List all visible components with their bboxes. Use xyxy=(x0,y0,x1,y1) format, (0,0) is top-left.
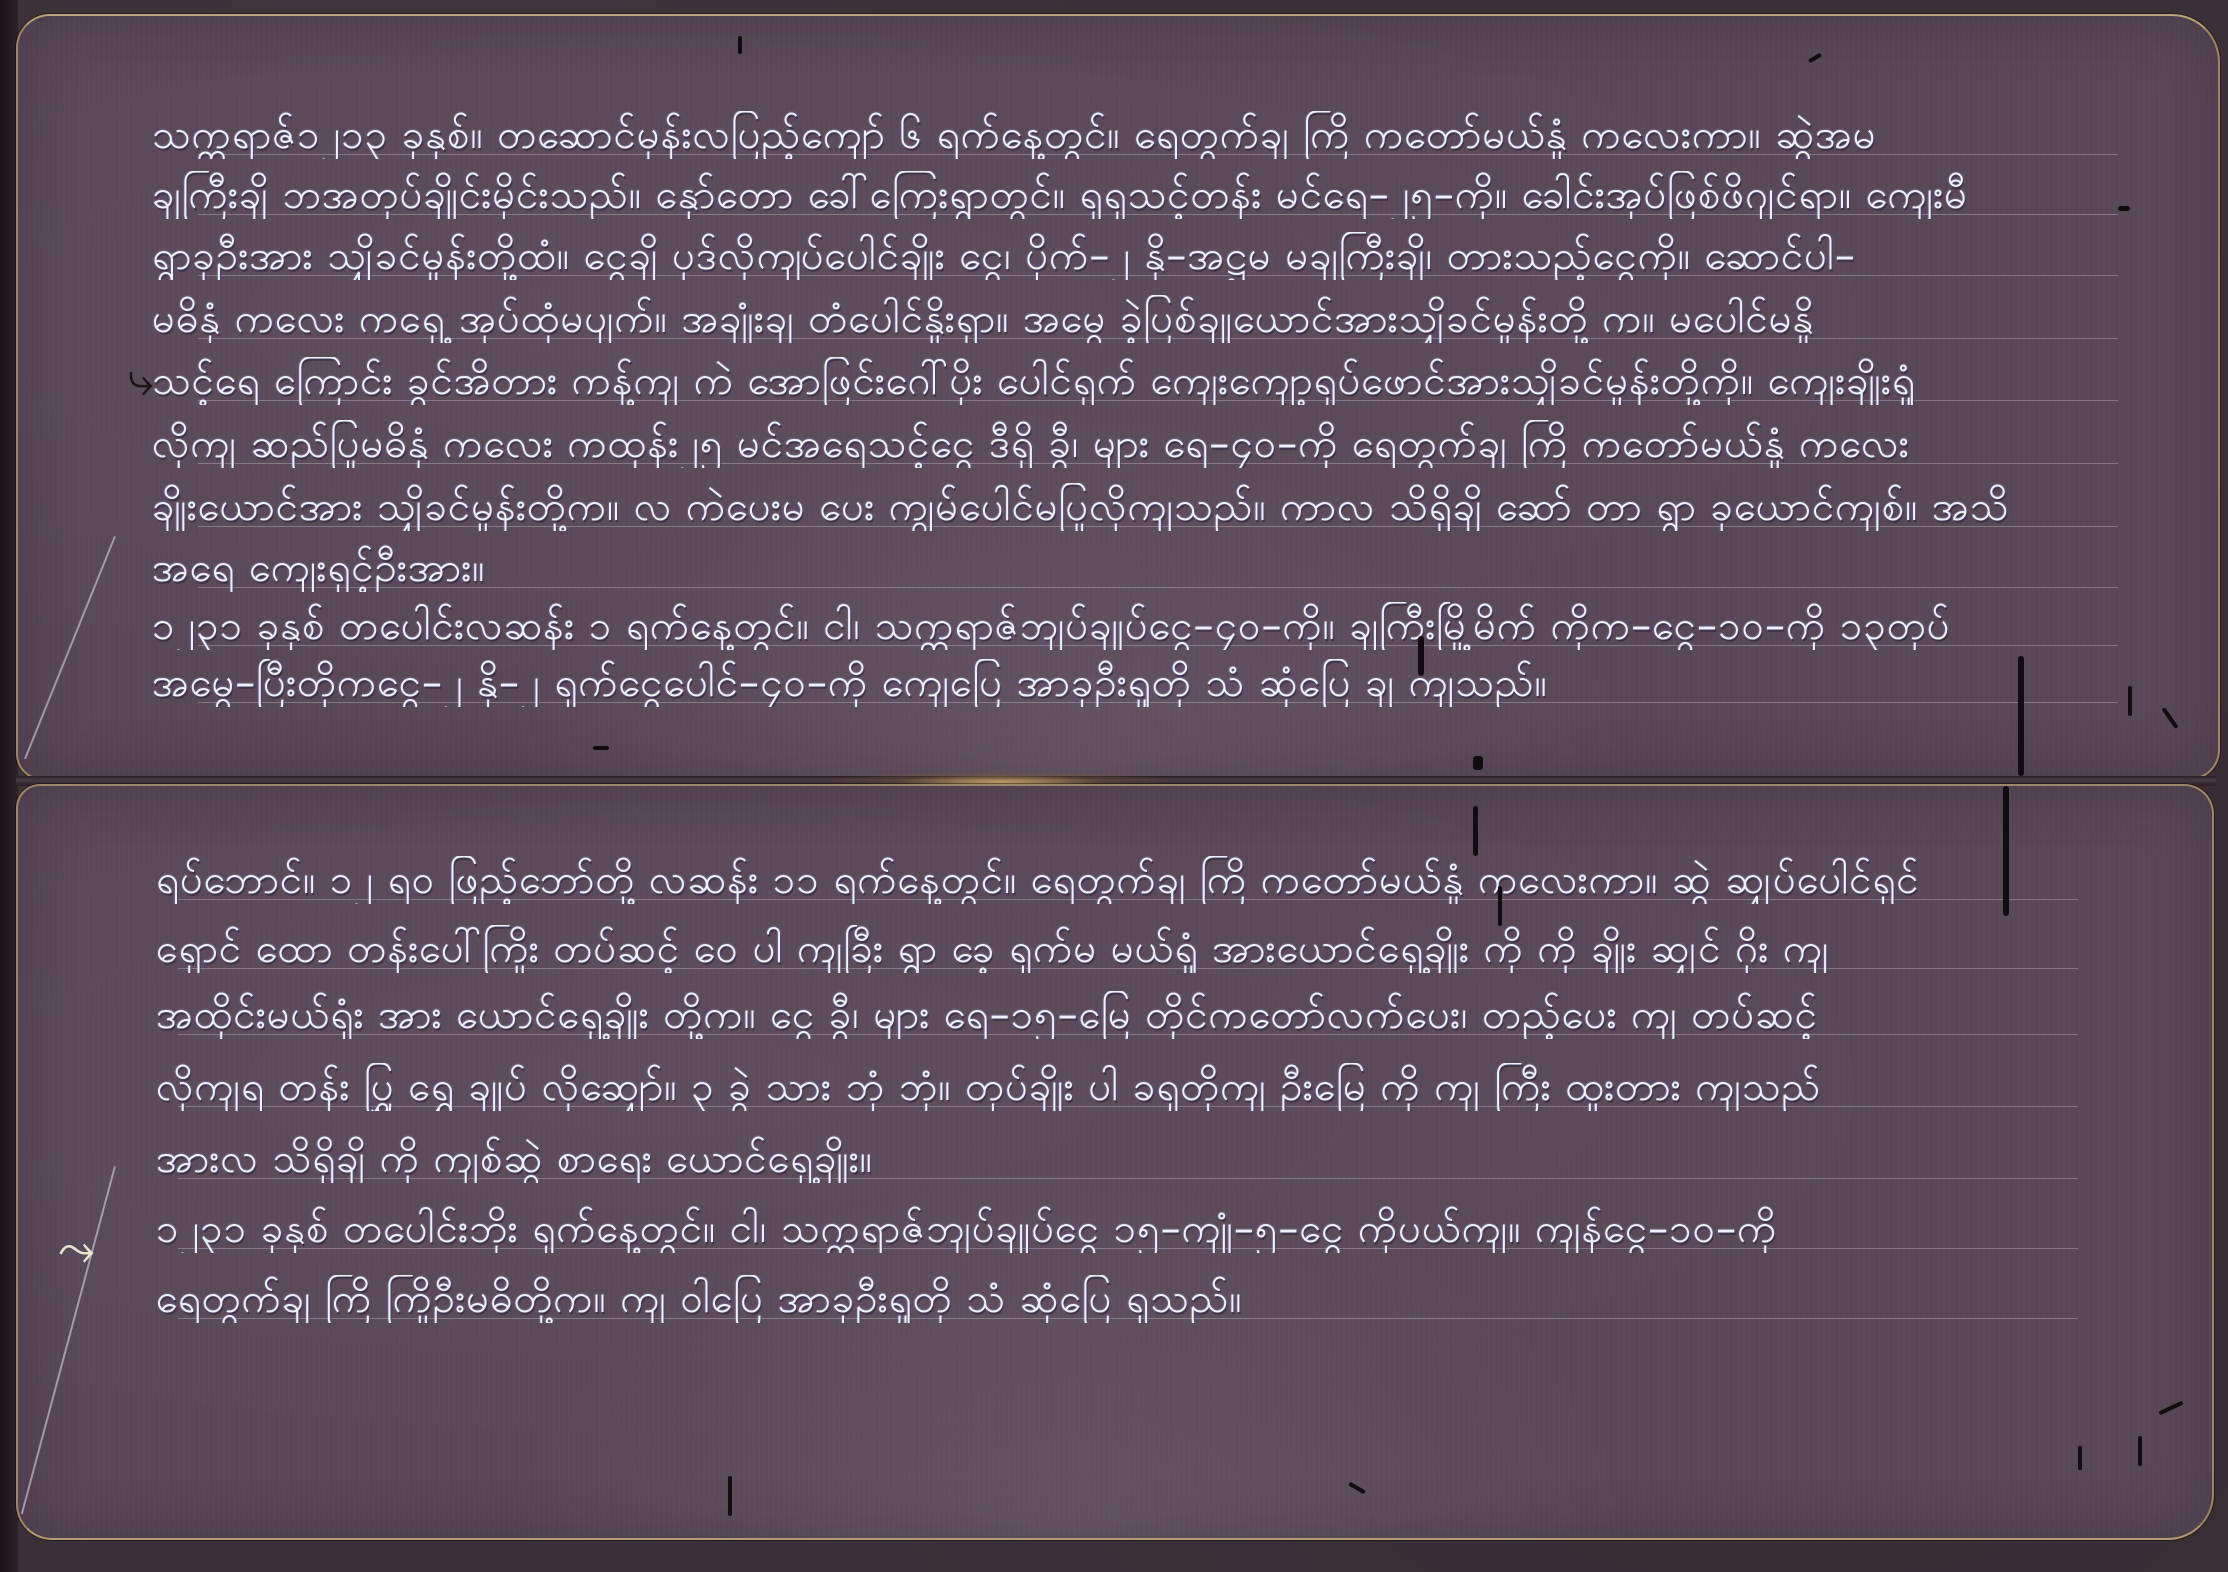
manuscript-panel-bottom: ရပ်ဘောင်။ ၁၂ ရ၀ ဖြည့်ဘော်တို့ လဆန်း ၁၁ ရ… xyxy=(16,784,2214,1540)
ink-blot xyxy=(728,1476,732,1516)
text-line: ရွာခုဦးအား သျှိခင်မှုန်းတို့ထံ။ ငွေချိ ပ… xyxy=(152,232,2052,280)
text-line: အားလ သိရှိချိ ကို ကျစ်ဆွဲ စာရေး ယောင်ရှေ… xyxy=(156,1135,876,1183)
ink-blot xyxy=(2161,707,2178,729)
text-line: ချကြီးချိ ဘအတုပ်ချိုင်းမိုင်းသည်။ နှော်တ… xyxy=(152,171,2122,219)
ink-blot xyxy=(593,746,609,750)
ink-blot xyxy=(1498,886,1502,926)
ink-blot xyxy=(1418,636,1424,676)
ink-blot xyxy=(1473,806,1478,856)
text-line: ရှောင် ထော တန်းပေါ်ကြိုး တပ်ဆင့် ဝေ ပါ က… xyxy=(156,925,2106,973)
ink-blot xyxy=(1348,1482,1366,1494)
check-mark-icon xyxy=(24,536,116,759)
ink-blot xyxy=(2018,656,2024,776)
ink-blot xyxy=(2158,1401,2183,1416)
text-line: ရေတွက်ချ ကြိ ကြိုဦးမဓိတို့က။ ကျ ဝါပြေ အာ… xyxy=(156,1275,1286,1323)
text-line: မဓိနုံ ကလေး ကရှေ့ အုပ်ထုံမပျက်။ အချုံးချ… xyxy=(152,295,2122,343)
arrow-mark-icon: ⤳ xyxy=(58,1226,95,1272)
text-line: လိုကျ ဆည်ပြုမဓိနုံ ကလေး ကထုန်း၂၅ မင်အရေသ… xyxy=(152,420,2112,468)
ink-blot xyxy=(2118,206,2130,211)
text-line: ၁၂၃၁ ခုနှစ် တပေါင်းဘိုး ရုက်နေ့တွင်။ ငါ၊… xyxy=(156,1205,2126,1253)
ink-blot xyxy=(2138,1436,2142,1466)
text-line: ချိုးယောင်အား သျှိခင်မှုန်းတို့က။ လ ကဲပေ… xyxy=(152,483,2142,531)
ink-blot xyxy=(2078,1446,2082,1470)
ink-blot xyxy=(738,36,742,54)
text-line: အရေ ကျေးရှင့်ဦးအား။ xyxy=(152,544,572,592)
text-line: သက္ကရာဇ်၁၂၁၃ ခုနှစ်။ တဆောင်မုန်းလပြည့်ကျ… xyxy=(152,111,2102,159)
ink-blot xyxy=(1808,53,1822,63)
ink-blot xyxy=(2003,786,2009,916)
text-line: သင့်ရေ ကြောင်း ခွင်အိတား ကန့်ကျ ကဲ အောဖြ… xyxy=(152,357,2122,405)
text-line: ၁၂၃၁ ခုနှစ် တပေါင်းလဆန်း ၁ ရက်နေ့တွင်။ င… xyxy=(152,602,2112,650)
check-mark-icon xyxy=(21,1166,116,1514)
text-line: အထိုင်းမယ်ရုံး အား ယောင်ရှေ့ချိုး တို့က။… xyxy=(156,991,2076,1039)
ink-blot xyxy=(1473,756,1483,770)
arrow-mark-icon: ⤷ xyxy=(128,356,154,402)
manuscript-panel-top: သက္ကရာဇ်၁၂၁၃ ခုနှစ်။ တဆောင်မုန်းလပြည့်ကျ… xyxy=(16,14,2220,780)
text-line: အမွေ–ပြီးတိုကငွေ–၂ နှိ–၂ ရုက်ငွေပေါင်–၄၀… xyxy=(152,659,1732,707)
text-line: လိုကျရ တန်း ပြွှ ရွှေ ချုပ် လိုဆျှော်။ ၃… xyxy=(156,1063,2056,1111)
text-line: ရပ်ဘောင်။ ၁၂ ရ၀ ဖြည့်ဘော်တို့ လဆန်း ၁၁ ရ… xyxy=(156,856,2086,904)
ink-blot xyxy=(2128,686,2132,716)
